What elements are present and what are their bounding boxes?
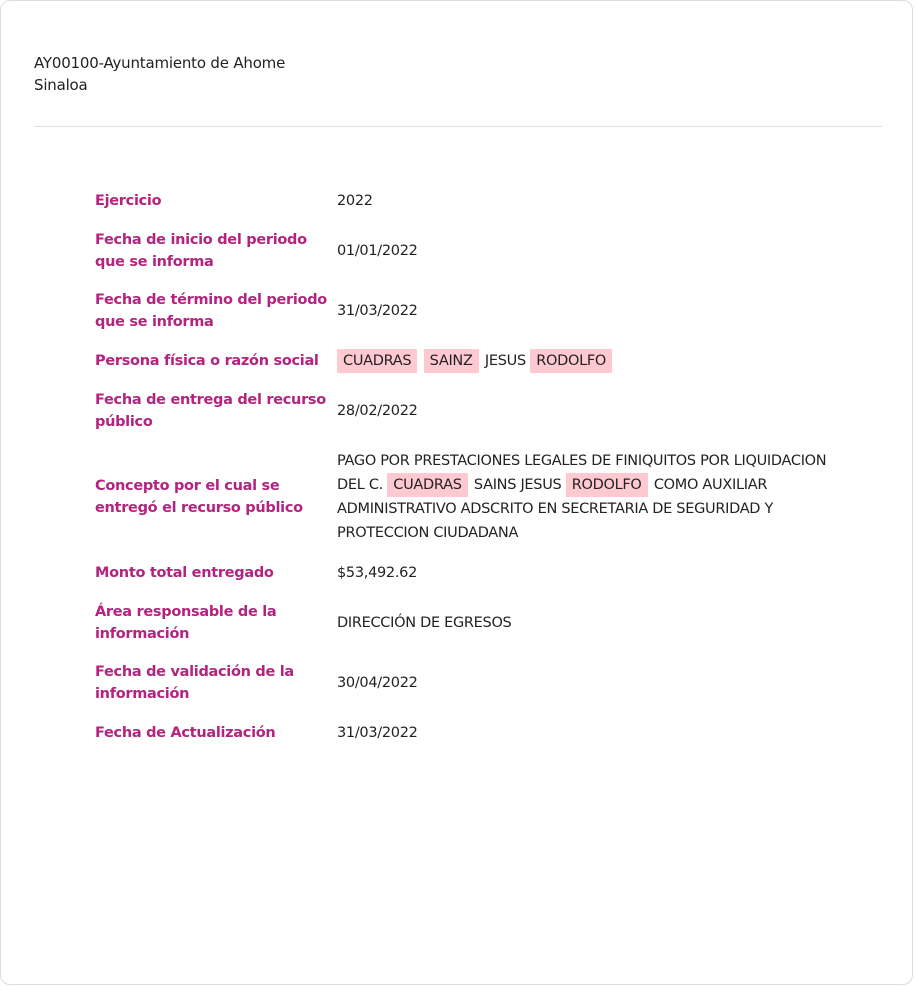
field-row-fecha-entrega: Fecha de entrega del recurso público 28/… [95, 389, 855, 433]
highlighted-term: RODOLFO [530, 349, 612, 373]
field-label: Ejercicio [95, 190, 337, 212]
field-value: 28/02/2022 [337, 399, 855, 423]
field-label: Fecha de término del periodo que se info… [95, 289, 337, 333]
field-value: 31/03/2022 [337, 299, 855, 323]
field-value: 2022 [337, 189, 855, 213]
field-label: Monto total entregado [95, 562, 337, 584]
field-label: Área responsable de la información [95, 601, 337, 645]
entity-name: AY00100-Ayuntamiento de Ahome [34, 52, 285, 74]
field-value: CUADRAS SAINZ JESUS RODOLFO [337, 349, 855, 373]
field-value: DIRECCIÓN DE EGRESOS [337, 611, 855, 635]
field-row-monto: Monto total entregado $53,492.62 [95, 561, 855, 585]
field-label: Concepto por el cual se entregó el recur… [95, 475, 337, 519]
field-value: 31/03/2022 [337, 721, 855, 745]
field-label: Fecha de entrega del recurso público [95, 389, 337, 433]
field-label: Fecha de Actualización [95, 722, 337, 744]
field-value: PAGO POR PRESTACIONES LEGALES DE FINIQUI… [337, 449, 855, 545]
entity-header: AY00100-Ayuntamiento de Ahome Sinaloa [34, 52, 285, 96]
field-label: Persona física o razón social [95, 350, 337, 372]
field-row-fecha-actualizacion: Fecha de Actualización 31/03/2022 [95, 721, 855, 745]
entity-state: Sinaloa [34, 74, 285, 96]
field-label: Fecha de validación de la información [95, 661, 337, 705]
field-row-persona: Persona física o razón social CUADRAS SA… [95, 349, 855, 373]
field-value: 30/04/2022 [337, 671, 855, 695]
field-row-area: Área responsable de la información DIREC… [95, 601, 855, 645]
highlighted-term: CUADRAS [387, 473, 467, 497]
highlighted-term: CUADRAS [337, 349, 417, 373]
highlighted-term: SAINZ [424, 349, 479, 373]
highlighted-term: RODOLFO [566, 473, 648, 497]
field-value: 01/01/2022 [337, 239, 855, 263]
field-row-fecha-validacion: Fecha de validación de la información 30… [95, 661, 855, 705]
plain-text: SAINS JESUS [470, 477, 566, 493]
field-row-concepto: Concepto por el cual se entregó el recur… [95, 449, 855, 545]
field-row-fecha-termino: Fecha de término del periodo que se info… [95, 289, 855, 333]
plain-term: JESUS [485, 353, 526, 369]
field-row-fecha-inicio: Fecha de inicio del periodo que se infor… [95, 229, 855, 273]
field-row-ejercicio: Ejercicio 2022 [95, 189, 855, 213]
header-divider [34, 126, 882, 127]
record-card: AY00100-Ayuntamiento de Ahome Sinaloa Ej… [0, 0, 913, 985]
field-value: $53,492.62 [337, 561, 855, 585]
field-label: Fecha de inicio del periodo que se infor… [95, 229, 337, 273]
record-fields: Ejercicio 2022 Fecha de inicio del perio… [95, 189, 855, 761]
